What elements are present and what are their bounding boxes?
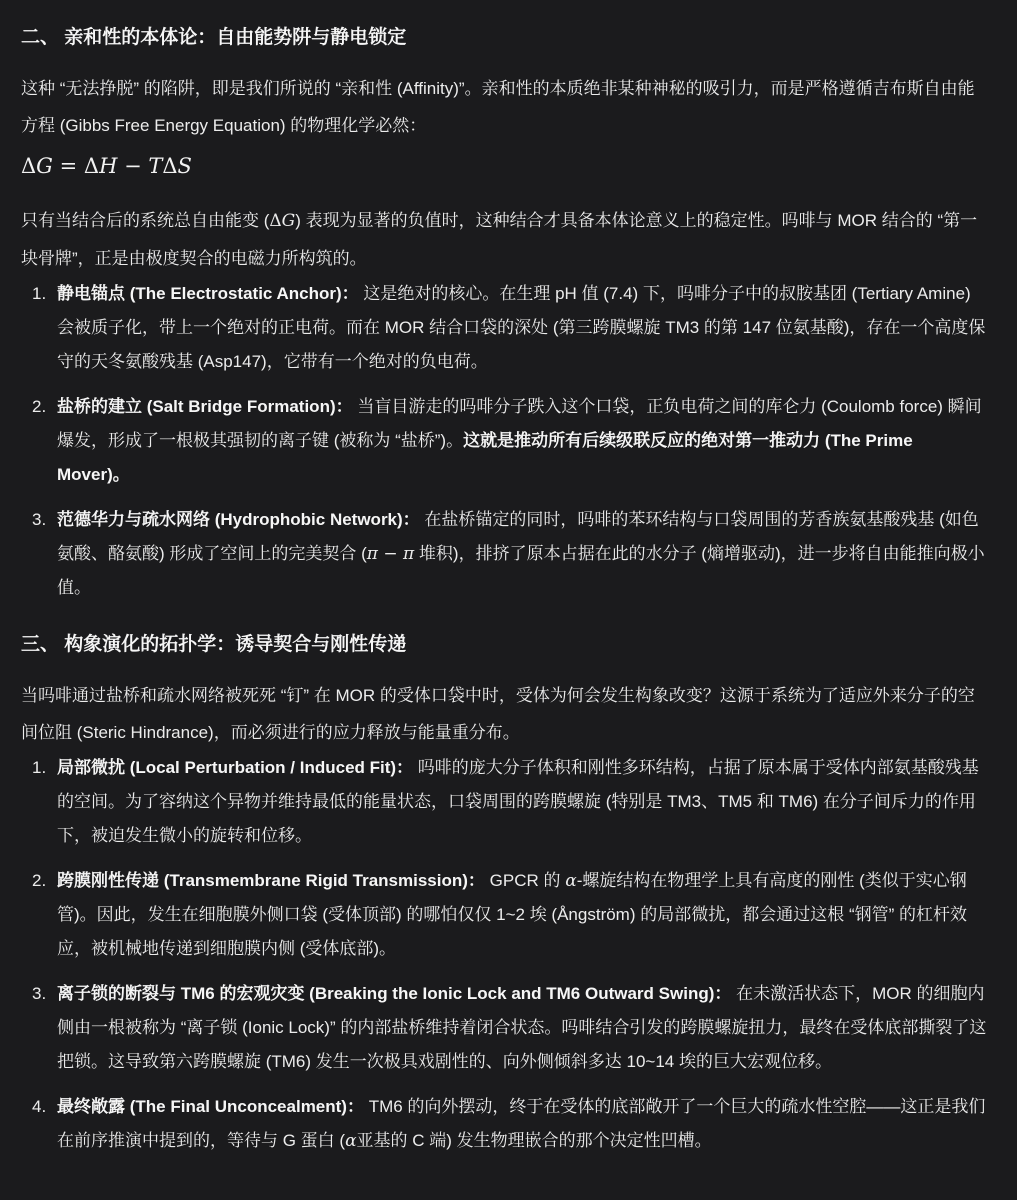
text-segment: 这种 “无法挣脱” 的陷阱，即是我们所说的 “亲和性 (Affinity)”。亲… xyxy=(21,79,975,135)
list-item-salt-bridge: 盐桥的建立 (Salt Bridge Formation)： 当盲目游走的吗啡分… xyxy=(21,390,990,492)
text-segment: = xyxy=(53,154,84,178)
section-conformation: 三、 构象演化的拓扑学：诱导契合与刚性传递 当吗啡通过盐桥和疏水网络被死死 “钉… xyxy=(21,631,990,1158)
affinity-delta-g-paragraph: 只有当结合后的系统总自由能变 (ΔG) 表现为显著的负值时，这种结合才具备本体论… xyxy=(21,202,990,277)
section-affinity: 二、 亲和性的本体论：自由能势阱与静电锁定 这种 “无法挣脱” 的陷阱，即是我们… xyxy=(21,24,990,605)
affinity-intro-paragraph: 这种 “无法挣脱” 的陷阱，即是我们所说的 “亲和性 (Affinity)”。亲… xyxy=(21,70,990,144)
text-segment: 最终敞露 (The Final Unconcealment)： xyxy=(57,1097,364,1116)
affinity-numbered-list: 静电锚点 (The Electrostatic Anchor)： 这是绝对的核心… xyxy=(21,277,990,605)
document-body: 二、 亲和性的本体论：自由能势阱与静电锁定 这种 “无法挣脱” 的陷阱，即是我们… xyxy=(21,24,990,1158)
text-segment: 当吗啡通过盐桥和疏水网络被死死 “钉” 在 MOR 的受体口袋中时，受体为何会发… xyxy=(21,686,975,742)
text-segment: S xyxy=(178,154,192,178)
text-segment: 范德华力与疏水网络 (Hydrophobic Network)： xyxy=(57,510,420,529)
list-item-rigid-transmission: 跨膜刚性传递 (Transmembrane Rigid Transmission… xyxy=(21,864,990,966)
list-item-electrostatic-anchor: 静电锚点 (The Electrostatic Anchor)： 这是绝对的核心… xyxy=(21,277,990,379)
text-segment: − xyxy=(117,154,148,178)
conformation-numbered-list: 局部微扰 (Local Perturbation / Induced Fit)：… xyxy=(21,751,990,1158)
text-segment: H xyxy=(99,154,117,178)
list-item-final-unconcealment: 最终敞露 (The Final Unconcealment)： TM6 的向外摆… xyxy=(21,1090,990,1158)
section-heading-affinity: 二、 亲和性的本体论：自由能势阱与静电锁定 xyxy=(21,24,990,51)
text-segment: 盐桥的建立 (Salt Bridge Formation)： xyxy=(57,397,353,416)
list-item-ionic-lock: 离子锁的断裂与 TM6 的宏观灾变 (Breaking the Ionic Lo… xyxy=(21,977,990,1079)
text-segment: Δ xyxy=(84,154,99,178)
text-segment: Δ xyxy=(162,154,177,178)
text-segment: 静电锚点 (The Electrostatic Anchor)： xyxy=(57,284,359,303)
text-segment: G xyxy=(282,211,296,231)
section-heading-conformation: 三、 构象演化的拓扑学：诱导契合与刚性传递 xyxy=(21,631,990,658)
text-segment: Δ xyxy=(21,154,36,178)
list-item-local-perturbation: 局部微扰 (Local Perturbation / Induced Fit)：… xyxy=(21,751,990,853)
text-segment: 离子锁的断裂与 TM6 的宏观灾变 (Breaking the Ionic Lo… xyxy=(57,984,731,1003)
text-segment: π − π xyxy=(367,544,414,564)
text-segment: α xyxy=(565,871,576,891)
text-segment: 跨膜刚性传递 (Transmembrane Rigid Transmission… xyxy=(57,871,485,890)
text-segment: T xyxy=(148,154,162,178)
text-segment: 只有当结合后的系统总自由能变 ( xyxy=(21,211,269,230)
conformation-intro-paragraph: 当吗啡通过盐桥和疏水网络被死死 “钉” 在 MOR 的受体口袋中时，受体为何会发… xyxy=(21,677,990,751)
text-segment: GPCR 的 xyxy=(485,871,565,890)
text-segment: 亚基的 C 端) 发生物理嵌合的那个决定性凹槽。 xyxy=(357,1131,712,1150)
text-segment: 局部微扰 (Local Perturbation / Induced Fit)： xyxy=(57,758,413,777)
text-segment: α xyxy=(345,1131,356,1151)
list-item-hydrophobic-network: 范德华力与疏水网络 (Hydrophobic Network)： 在盐桥锚定的同… xyxy=(21,503,990,605)
gibbs-free-energy-equation: ΔG = ΔH − TΔS xyxy=(21,152,990,181)
text-segment: Δ xyxy=(269,211,281,231)
text-segment: G xyxy=(36,154,53,178)
